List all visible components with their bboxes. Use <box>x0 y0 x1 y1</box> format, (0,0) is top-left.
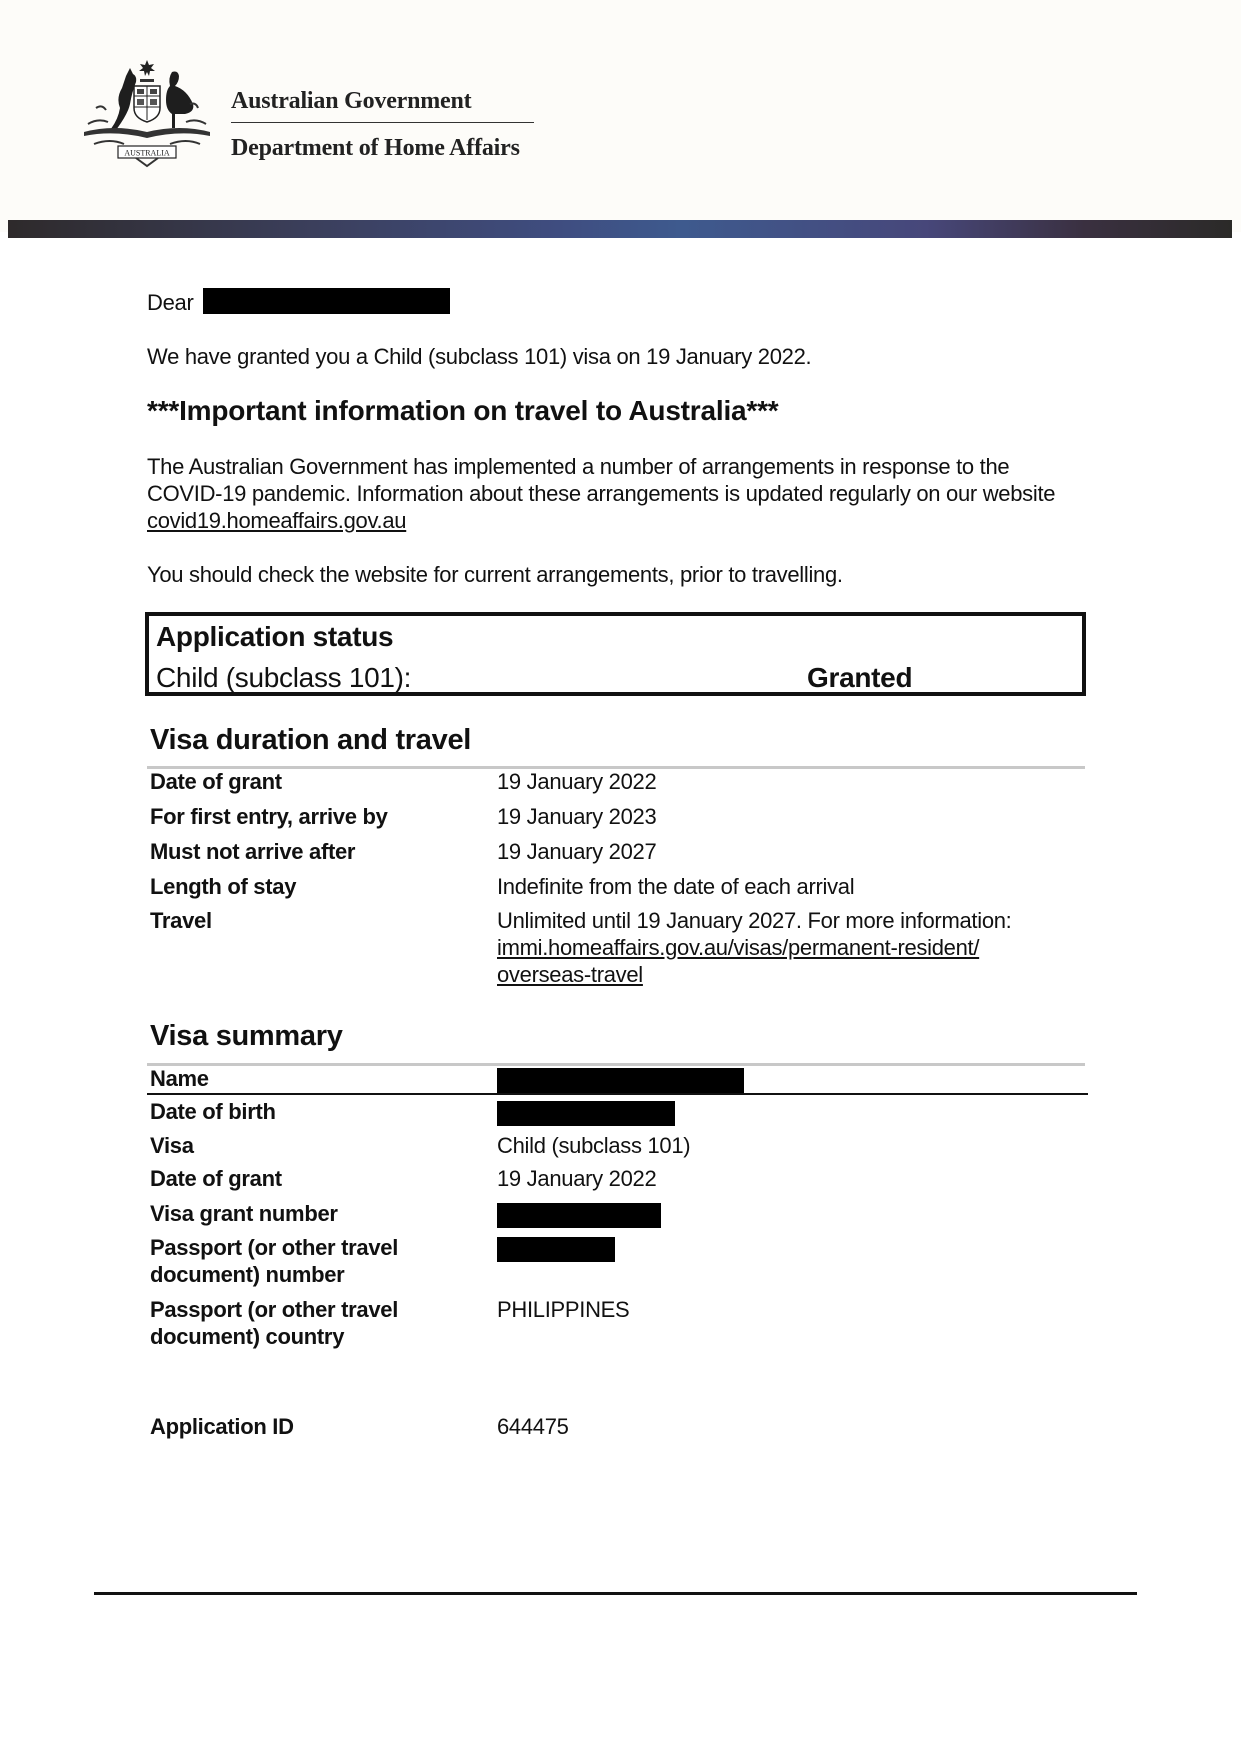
row-label: Date of birth <box>150 1098 480 1125</box>
check-paragraph: You should check the website for current… <box>147 561 843 588</box>
row-value <box>497 1098 1087 1126</box>
grant-sentence: We have granted you a Child (subclass 10… <box>147 343 811 370</box>
coat-of-arms-icon: AUSTRALIA <box>76 58 218 168</box>
redacted-recipient-name <box>203 288 450 314</box>
header-band <box>8 220 1232 238</box>
application-status-box: Application status Child (subclass 101):… <box>145 612 1086 696</box>
row-value <box>497 1234 1087 1262</box>
row-value <box>497 1065 1087 1093</box>
summary-row-passport-country: Passport (or other travel document) coun… <box>150 1296 1090 1352</box>
agency-divider <box>231 122 534 123</box>
overseas-travel-link[interactable]: immi.homeaffairs.gov.au/visas/permanent-… <box>497 934 1087 988</box>
department-name: Department of Home Affairs <box>231 133 534 163</box>
salutation: Dear <box>147 289 450 317</box>
row-value: Unlimited until 19 January 2027. For mor… <box>497 907 1087 988</box>
row-value <box>497 1200 1087 1228</box>
row-label: Name <box>150 1065 480 1092</box>
application-id-label: Application ID <box>150 1413 480 1440</box>
row-label: Passport (or other travel document) coun… <box>150 1296 480 1350</box>
overseas-travel-link-line2[interactable]: overseas-travel <box>497 962 643 987</box>
redacted-name <box>497 1068 744 1093</box>
covid-paragraph-text: The Australian Government has implemente… <box>147 454 1055 506</box>
row-label: Must not arrive after <box>150 838 480 865</box>
covid-paragraph: The Australian Government has implemente… <box>147 453 1087 534</box>
summary-row-passport-number: Passport (or other travel document) numb… <box>150 1234 1090 1290</box>
svg-text:AUSTRALIA: AUSTRALIA <box>124 149 170 158</box>
row-label: Date of grant <box>150 1165 480 1192</box>
row-value: PHILIPPINES <box>497 1296 1087 1323</box>
salutation-text: Dear <box>147 290 194 315</box>
row-label-line1: Passport (or other travel <box>150 1235 398 1260</box>
row-label: Passport (or other travel document) numb… <box>150 1234 480 1288</box>
row-value: 19 January 2022 <box>497 768 1087 795</box>
overseas-travel-link-line1[interactable]: immi.homeaffairs.gov.au/visas/permanent-… <box>497 935 979 960</box>
redacted-passport-number <box>497 1237 615 1262</box>
important-heading: ***Important information on travel to Au… <box>147 394 779 428</box>
row-value: 19 January 2027 <box>497 838 1087 865</box>
row-label-line1: Passport (or other travel <box>150 1297 398 1322</box>
footer-divider <box>94 1592 1137 1595</box>
row-value: 19 January 2023 <box>497 803 1087 830</box>
application-status-title: Application status <box>156 621 393 653</box>
row-label: Visa grant number <box>150 1200 480 1227</box>
row-label: Travel <box>150 907 480 934</box>
redacted-visa-grant-number <box>497 1203 661 1228</box>
row-label: Length of stay <box>150 873 480 900</box>
name-underline <box>147 1093 1088 1095</box>
row-value: Indefinite from the date of each arrival <box>497 873 1087 900</box>
visa-summary-title: Visa summary <box>150 1020 343 1053</box>
row-value: Child (subclass 101) <box>497 1132 1087 1159</box>
row-label: Visa <box>150 1132 480 1159</box>
agency-name: Australian Government Department of Home… <box>231 86 534 163</box>
redacted-date-of-birth <box>497 1101 675 1126</box>
application-status-value: Granted <box>807 662 912 694</box>
row-label: Date of grant <box>150 768 480 795</box>
row-label-line2: document) number <box>150 1262 344 1287</box>
row-label: For first entry, arrive by <box>150 803 480 830</box>
row-label-line2: document) country <box>150 1324 344 1349</box>
travel-text: Unlimited until 19 January 2027. For mor… <box>497 907 1087 934</box>
duration-row-travel: Travel Unlimited until 19 January 2027. … <box>150 907 1090 991</box>
visa-duration-title: Visa duration and travel <box>150 724 471 757</box>
row-value: 19 January 2022 <box>497 1165 1087 1192</box>
government-name: Australian Government <box>231 86 534 116</box>
application-status-visa: Child (subclass 101): <box>156 662 411 694</box>
covid-website-link[interactable]: covid19.homeaffairs.gov.au <box>147 508 406 533</box>
application-id-value: 644475 <box>497 1413 1087 1440</box>
